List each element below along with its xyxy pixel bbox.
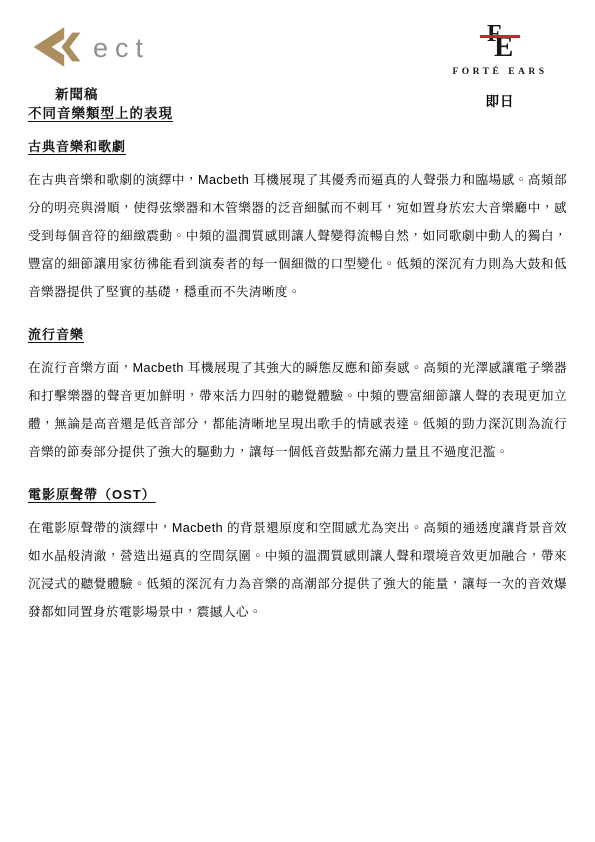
page-title: 不同音樂類型上的表現 (28, 102, 173, 122)
forte-ears-wordmark: FORTÉ EARS (452, 67, 547, 77)
monogram-red-bar (480, 35, 520, 38)
forte-ears-brand-block: F E FORTÉ EARS 即日 (438, 22, 562, 110)
section-paragraph: 在古典音樂和歌劇的演繹中，Macbeth 耳機展現了其優秀而逼真的人聲張力和臨場… (28, 166, 567, 306)
section-paragraph: 在電影原聲帶的演繹中，Macbeth 的背景還原度和空間感尤為突出。高頻的通透度… (28, 514, 567, 626)
press-release-page: ect F E FORTÉ EARS 即日 新聞稿 不同音樂類型上的表現 古典音… (0, 0, 595, 842)
doc-type-label: 新聞稿 (55, 83, 99, 103)
release-date-label: 即日 (486, 90, 515, 110)
forte-ears-monogram-icon: F E (476, 22, 524, 64)
section-pop-music: 流行音樂 在流行音樂方面，Macbeth 耳機展現了其強大的瞬態反應和節奏感。高… (28, 326, 567, 466)
document-body: 古典音樂和歌劇 在古典音樂和歌劇的演繹中，Macbeth 耳機展現了其優秀而逼真… (28, 138, 567, 646)
section-heading: 流行音樂 (28, 326, 84, 344)
ect-logo-text: ect (93, 33, 150, 62)
section-classical-opera: 古典音樂和歌劇 在古典音樂和歌劇的演繹中，Macbeth 耳機展現了其優秀而逼真… (28, 138, 567, 306)
section-movie-ost: 電影原聲帶（OST） 在電影原聲帶的演繹中，Macbeth 的背景還原度和空間感… (28, 486, 567, 626)
ect-chevron-icon (30, 26, 84, 68)
section-heading: 電影原聲帶（OST） (28, 486, 156, 504)
section-heading: 古典音樂和歌劇 (28, 138, 126, 156)
section-paragraph: 在流行音樂方面，Macbeth 耳機展現了其強大的瞬態反應和節奏感。高頻的光澤感… (28, 354, 567, 466)
ect-logo: ect (30, 26, 150, 68)
